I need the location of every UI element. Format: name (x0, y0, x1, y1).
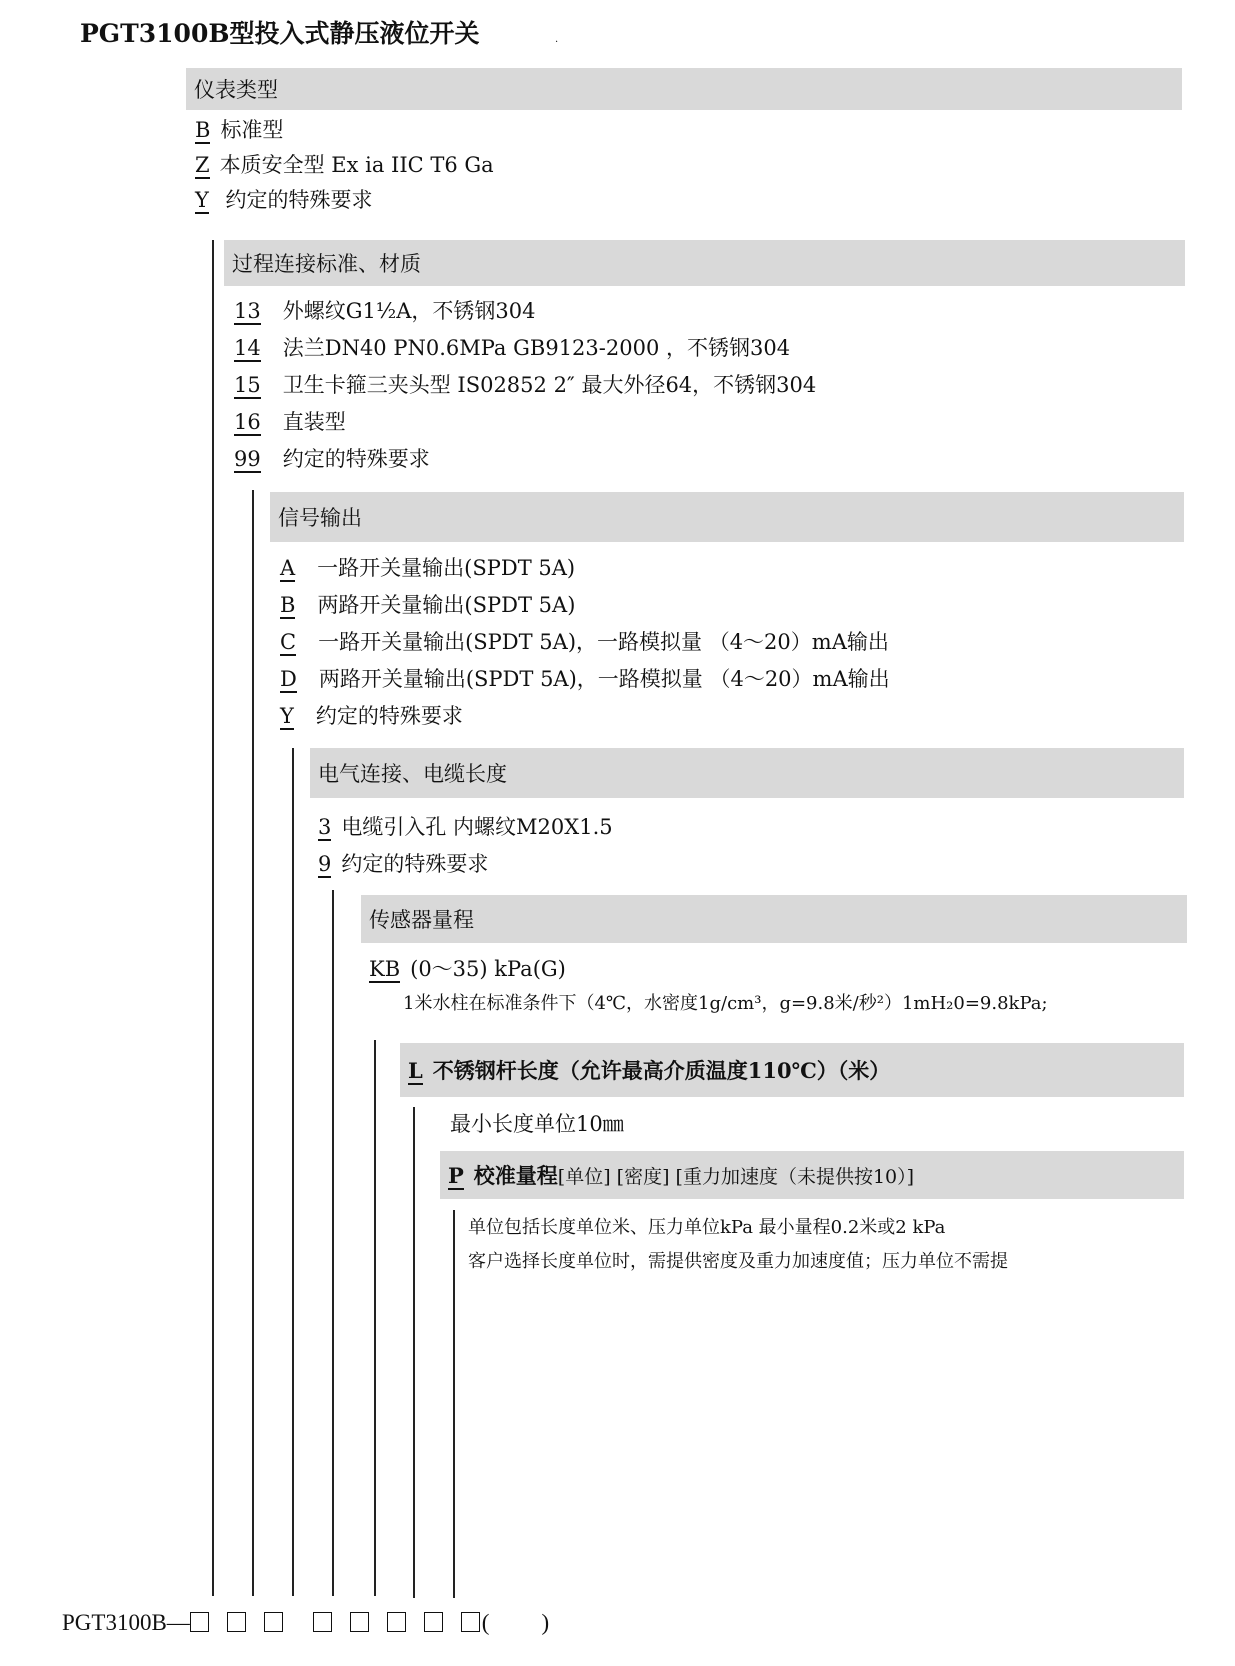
option-label: 两路开关量输出(SPDT 5A) (317, 593, 575, 617)
section-header-label: 过程连接标准、材质 (232, 248, 421, 278)
option-row: D两路开关量输出(SPDT 5A)，一路模拟量 （4～20）mA输出 (280, 665, 890, 693)
section-header-process-connection: 过程连接标准、材质 (224, 240, 1185, 286)
option-code: 14 (234, 336, 261, 362)
option-row: 13外螺纹G1½A，不锈钢304 (234, 297, 535, 325)
option-code: 9 (318, 852, 331, 878)
connector-line (374, 1040, 376, 1596)
option-label: 约定的特殊要求 (341, 852, 488, 876)
option-row: 16直装型 (234, 408, 346, 436)
option-code: KB (369, 957, 400, 983)
option-label: 本质安全型 Ex ia IIC T6 Ga (220, 153, 494, 177)
open-paren: ( (482, 1610, 490, 1636)
option-label: (0～35) kPa(G) (410, 957, 566, 981)
connector-line (453, 1210, 455, 1598)
option-code: Y (280, 704, 294, 730)
section-header-label: 电气连接、电缆长度 (318, 758, 507, 788)
option-row: Z本质安全型 Ex ia IIC T6 Ga (195, 151, 494, 179)
option-row: 99约定的特殊要求 (234, 445, 430, 473)
option-row: 14法兰DN40 PN0.6MPa GB9123-2000 ，不锈钢304 (234, 334, 790, 362)
code-box-process-connection (227, 1612, 246, 1632)
code-box-extra (461, 1612, 480, 1632)
section-header-signal-output: 信号输出 (270, 492, 1184, 542)
document-title: PGT3100B型投入式静压液位开关 (80, 14, 479, 50)
section-header-label: 仪表类型 (194, 74, 278, 104)
close-paren: ) (541, 1610, 549, 1636)
option-row: 9约定的特殊要求 (318, 850, 488, 878)
option-code: P (448, 1164, 464, 1190)
option-code: D (280, 667, 297, 693)
option-label: 外螺纹G1½A，不锈钢304 (283, 299, 536, 323)
option-label: 标准型 (220, 118, 283, 142)
section-header-sensor-range: 传感器量程 (361, 895, 1187, 943)
option-code: Z (195, 153, 210, 179)
option-row: 3电缆引入孔 内螺纹M20X1.5 (318, 813, 613, 841)
option-row: KB(0～35) kPa(G) (369, 955, 566, 983)
option-code: 13 (234, 299, 261, 325)
option-row: Y 约定的特殊要求 (195, 186, 373, 214)
option-code: B (195, 118, 210, 144)
option-label: 一路开关量输出(SPDT 5A) (317, 556, 575, 580)
option-row: A一路开关量输出(SPDT 5A) (280, 554, 575, 582)
option-code: Y (195, 188, 209, 214)
code-box-rod-length (387, 1612, 406, 1632)
option-code: C (280, 630, 296, 656)
calibration-note: 单位包括长度单位米、压力单位kPa 最小量程0.2米或2 kPa (468, 1214, 945, 1242)
option-label: 约定的特殊要求 (219, 188, 373, 212)
option-row: 15卫生卡箍三夹头型 IS02852 2″ 最大外径64，不锈钢304 (234, 371, 816, 399)
option-code: 15 (234, 373, 261, 399)
section-header-label: L不锈钢杆长度（允许最高介质温度110℃）（米） (408, 1055, 890, 1085)
stray-dot: . (555, 34, 558, 45)
connector-line (413, 1107, 415, 1598)
section-header-rod-length: L不锈钢杆长度（允许最高介质温度110℃）（米） (400, 1043, 1184, 1097)
option-label: 两路开关量输出(SPDT 5A)，一路模拟量 （4～20）mA输出 (319, 667, 890, 691)
option-code: 16 (234, 410, 261, 436)
code-box-sensor-range (350, 1612, 369, 1632)
option-code: A (280, 556, 295, 582)
option-row: Y约定的特殊要求 (280, 702, 463, 730)
option-label: 直装型 (283, 410, 346, 434)
section-header-label: 信号输出 (278, 502, 362, 532)
option-label: 法兰DN40 PN0.6MPa GB9123-2000 ，不锈钢304 (283, 336, 790, 360)
option-code: B (280, 593, 295, 619)
section-header-label: P校准量程[单位] [密度] [重力加速度（未提供按10）] (448, 1160, 914, 1190)
code-box-signal-output (264, 1612, 283, 1632)
option-label: 电缆引入孔 内螺纹M20X1.5 (341, 815, 612, 839)
calibration-note: 客户选择长度单位时，需提供密度及重力加速度值；压力单位不需提 (468, 1248, 1008, 1276)
option-code: 99 (234, 447, 261, 473)
option-code: L (408, 1059, 423, 1085)
option-label: 卫生卡箍三夹头型 IS02852 2″ 最大外径64，不锈钢304 (283, 373, 817, 397)
option-label: 约定的特殊要求 (316, 704, 463, 728)
option-code: 3 (318, 815, 331, 841)
code-box-electrical-connection (313, 1612, 332, 1632)
connector-line (212, 240, 214, 1596)
option-label: 约定的特殊要求 (283, 447, 430, 471)
option-row: B标准型 (195, 116, 283, 144)
code-box-instrument-type (190, 1612, 209, 1632)
section-header-electrical-connection: 电气连接、电缆长度 (310, 748, 1184, 798)
option-row: B两路开关量输出(SPDT 5A) (280, 591, 575, 619)
connector-line (332, 890, 334, 1596)
option-row: C一路开关量输出(SPDT 5A)，一路模拟量 （4～20）mA输出 (280, 628, 889, 656)
connector-line (252, 490, 254, 1596)
model-code: PGT3100B—() (62, 1610, 549, 1636)
rod-length-note: 最小长度单位10㎜ (450, 1110, 624, 1138)
model-prefix: PGT3100B— (62, 1610, 190, 1635)
sensor-range-note: 1米水柱在标准条件下（4℃，水密度1g/cm³，g=9.8米/秒²）1mH₂0=… (403, 990, 1048, 1018)
section-header-instrument-type: 仪表类型 (186, 68, 1182, 110)
connector-line (292, 748, 294, 1596)
section-header-calibration: P校准量程[单位] [密度] [重力加速度（未提供按10）] (440, 1151, 1184, 1199)
code-box-calibration (424, 1612, 443, 1632)
option-label: 一路开关量输出(SPDT 5A)，一路模拟量 （4～20）mA输出 (318, 630, 889, 654)
section-header-label: 传感器量程 (369, 904, 474, 934)
